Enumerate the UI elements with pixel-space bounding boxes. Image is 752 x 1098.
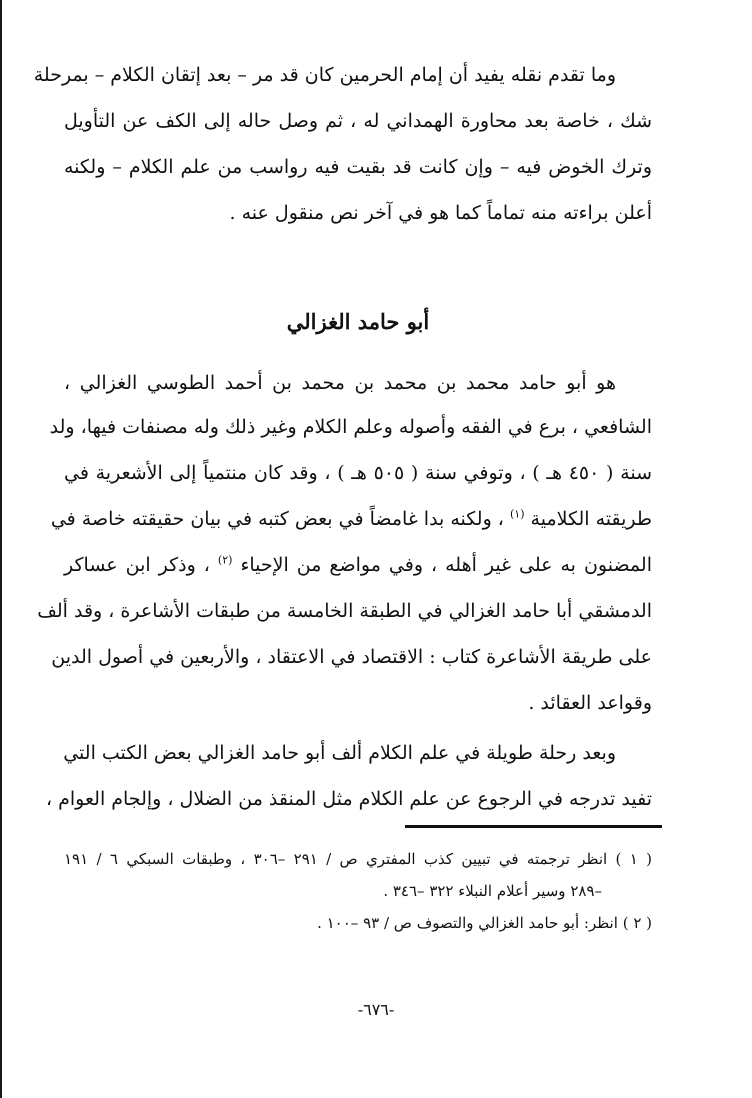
text: وما تقدم نقله يفيد أن إمام الحرمين كان ق… bbox=[34, 64, 616, 86]
paragraph-2-line-1: هو أبو حامد محمد بن محمد بن محمد بن أحمد… bbox=[64, 366, 616, 400]
paragraph-2-line-3: سنة ( ٤٥٠ هـ ) ، وتوفي سنة ( ٥٠٥ هـ ) ، … bbox=[64, 456, 652, 490]
footnote-2-text: انظر: أبو حامد الغزالي والتصوف ص / ٩٣ –١… bbox=[317, 914, 618, 932]
footnote-ref-1[interactable]: (١) bbox=[510, 508, 525, 521]
page-number: -٦٧٦- bbox=[0, 998, 752, 1022]
paragraph-1-line-2: شك ، خاصة بعد محاورة الهمداني له ، ثم وص… bbox=[64, 104, 652, 138]
footnote-ref-2[interactable]: (٢) bbox=[218, 554, 233, 567]
paragraph-1-line-1: وما تقدم نقله يفيد أن إمام الحرمين كان ق… bbox=[64, 58, 652, 92]
paragraph-2-line-6: الدمشقي أبا حامد الغزالي في الطبقة الخام… bbox=[64, 594, 652, 628]
paragraph-2-line-8: وقواعد العقائد . bbox=[64, 686, 652, 720]
paragraph-3-line-1: وبعد رحلة طويلة في علم الكلام ألف أبو حا… bbox=[64, 736, 616, 770]
paragraph-2-line-2: الشافعي ، برع في الفقه وأصوله وعلم الكلا… bbox=[64, 410, 652, 444]
footnote-2: ( ٢ ) انظر: أبو حامد الغزالي والتصوف ص /… bbox=[64, 910, 652, 936]
text: ، ولكنه بدا غامضاً في بعض كتبه في بيان ح… bbox=[51, 508, 504, 530]
text: ، وذكر ابن عساكر bbox=[64, 554, 210, 576]
paragraph-2-line-7: على طريقة الأشاعرة كتاب : الاقتصاد في ال… bbox=[64, 640, 652, 674]
paragraph-2-line-5: المضنون به على غير أهله ، وفي مواضع من ا… bbox=[64, 548, 652, 582]
footnote-1-line-2: –٢٨٩ وسير أعلام النبلاء ٣٢٢ –٣٤٦ . bbox=[64, 878, 602, 904]
text: المضنون به على غير أهله ، وفي مواضع من ا… bbox=[240, 554, 652, 576]
footnote-separator-rule bbox=[405, 825, 662, 828]
paragraph-1-line-4: أعلن براءته منه تماماً كما هو في آخر نص … bbox=[64, 196, 652, 230]
text: طريقته الكلامية bbox=[531, 508, 652, 530]
paragraph-1-line-3: وترك الخوض فيه – وإن كانت قد بقيت فيه رو… bbox=[64, 150, 652, 184]
footnote-1-text: انظر ترجمته في تبيين كذب المفتري ص / ٢٩١… bbox=[64, 850, 607, 868]
footnote-2-marker: ( ٢ ) bbox=[623, 914, 652, 932]
section-heading: أبو حامد الغزالي bbox=[64, 304, 652, 340]
footnote-1-marker: ( ١ ) bbox=[616, 850, 652, 868]
footnote-1-line-1: ( ١ ) انظر ترجمته في تبيين كذب المفتري ص… bbox=[64, 846, 652, 872]
paragraph-2-line-4: طريقته الكلامية (١) ، ولكنه بدا غامضاً ف… bbox=[64, 502, 652, 536]
paragraph-3-line-2: تفيد تدرجه في الرجوع عن علم الكلام مثل ا… bbox=[64, 782, 652, 816]
scan-edge-artifact bbox=[0, 0, 2, 1098]
